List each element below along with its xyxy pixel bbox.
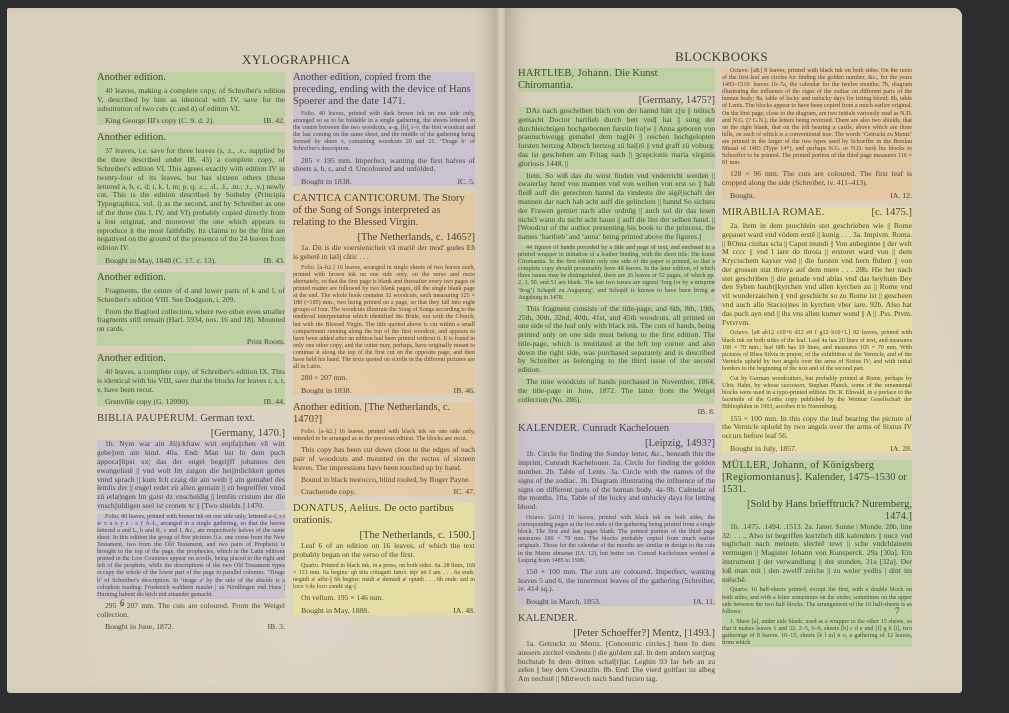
entry-note: Folio. 40 leaves, printed with brown ink… [97,514,285,599]
pressmark: IB. 43. [264,256,285,265]
entry-text: 2a. Item in dem puechlein stet geschrieb… [722,222,912,328]
pressmark: IB. 46. [454,386,475,395]
running-head: BLOCKBOOKS [675,49,768,65]
entry-mirabilia-romae: MIRABILIA ROMAE.[c. 1475.] 2a. Item in d… [722,207,912,453]
entry-text: 1a. Dit is die voersienicheit vā mariē d… [293,244,475,262]
left-page: XYLOGRAPHICA Another edition. 40 leaves,… [7,8,499,693]
pressmark: IA. 11. [693,597,715,606]
pressmark: IB. 42. [264,116,285,125]
imprint: [Sold by Hans briefftruck? Nuremberg, 14… [722,499,912,523]
right-col-1: HARTLIEB, Johann. Die Kunst Chiromantia.… [518,68,715,691]
entry-text: 280 × 207 mm. [293,374,475,383]
entry-kalender-mentz-continued: Octavo. [a8.] 8 leaves, printed with bla… [722,68,912,200]
pressmark: IC. 5. [457,177,475,186]
pressmark: IA. 12. [890,191,912,200]
pressmark: IB. 44. [264,397,285,406]
pressmark: IC. 47. [454,487,475,496]
pressmark: IB. 8. [697,407,715,416]
imprint: [c. 1475.] [871,207,912,219]
pressmark: Print Room. [247,337,285,346]
right-page: BLOCKBOOKS HARTLIEB, Johann. Die Kunst C… [505,8,962,693]
entry-another-edition-3: Another edition. Fragments, the centre o… [97,272,285,346]
entry-text: The nine woodcuts of hands purchased in … [518,378,715,404]
entry-note: Folio. [a–h2.] 16 leaves, printed with b… [293,429,475,443]
entry-heading: MIRABILIA ROMAE. [722,207,825,219]
entry-note: Octavo. [a10.] 10 leaves, printed with b… [518,515,715,565]
entry-text: Item. So wiß das du wirst finden vnd vnd… [518,172,715,242]
entry-note: 44 figures of hands preceded by a title … [518,245,715,302]
entry-note: Cut by German woodcutters, but probably … [722,376,912,411]
entry-text: Leaf 6 of an edition on 16 leaves, of wh… [293,542,475,560]
copy-note: Bought in May, 1888. [301,606,369,615]
entry-heading: DONATUS, Aelius. [293,503,382,514]
page-number: 6 [120,598,125,608]
copy-note: Cracherode copy. [301,487,355,496]
entry-text: 1b. .1475. .1494. .1513. 2a. Janer. Sunn… [722,523,912,585]
entry-note: Folio. [a–h2.] 16 leaves, arranged in si… [293,265,475,371]
entry-heading: Another edition. [293,402,362,413]
entry-heading: KALENDER. [518,423,580,434]
entry-hartlieb: HARTLIEB, Johann. Die Kunst Chiromantia.… [518,68,715,416]
entry-muller-kalender: MÜLLER, Johann, of Königsberg [Regiomont… [722,460,912,647]
entry-note: 1. Sheet [a], under side blank; used as … [722,619,912,647]
entry-subtitle: German text. [200,413,255,424]
entry-text: From the Bagford collection, where two o… [97,308,285,334]
entry-subtitle: Cunradt Kachelouen [583,423,670,434]
copy-note: Bought in July, 1857. [730,444,797,453]
entry-text: 40 leaves, a complete copy, of Schreiber… [97,368,285,394]
entry-text: 37 leaves, i.e. save for three leaves (s… [97,147,285,253]
entry-note: Octavo. [a8 ab12 c10+6 d12 e8 f g12 h10+… [722,330,912,373]
entry-text: 128 × 96 mm. The cuts are coloured. The … [722,170,912,188]
entry-biblia-pauperum: BIBLIA PAUPERUM. German text. [Germany, … [97,413,285,631]
running-head: XYLOGRAPHICA [242,52,351,68]
entry-note: Folio. 40 leaves, printed with dark brow… [293,111,475,154]
entry-heading: CANTICA CANTICORUM. [293,193,421,204]
entry-note: Octavo. [a8.] 8 leaves, printed with bla… [722,68,912,167]
entry-text: This fragment consists of the title-page… [518,305,715,375]
entry-text: 1b. Nym war ain Jü||ckfraw wirt enpfa||c… [97,440,285,510]
entry-another-edition-4: Another edition. 40 leaves, a complete c… [97,353,285,406]
left-col-2: Another edition, copied from the precedi… [293,72,475,622]
right-col-2: Octavo. [a8.] 8 leaves, printed with bla… [722,68,912,654]
entry-text: 150 × 100 mm. The cuts are coloured. Imp… [518,568,715,594]
entry-spoerer-edition: Another edition, copied from the precedi… [293,72,475,186]
copy-note: Bought in March, 1853. [526,597,601,606]
copy-note: Bought in 1838. [301,386,351,395]
entry-heading: Another edition. [97,353,285,365]
entry-text: This copy has been cut down close to the… [293,446,475,472]
copy-note: Grenville copy (G. 12090). [105,397,190,406]
entry-donatus: DONATUS, Aelius. De octo partibus oratio… [293,503,475,615]
left-col-1: Another edition. 40 leaves, making a com… [97,72,285,638]
copy-note: Bought in 1838. [301,177,351,186]
pressmark: IB. 3. [267,622,285,631]
open-book: XYLOGRAPHICA Another edition. 40 leaves,… [7,8,962,705]
entry-heading: Another edition. [97,272,285,284]
entry-another-edition-1: Another edition. 40 leaves, making a com… [97,72,285,125]
entry-cantica-canticorum: CANTICA CANTICORUM. The Story of the Son… [293,193,475,395]
pressmark: IA. 48. [453,606,475,615]
entry-kalender-mentz: KALENDER. [Peter Schoeffer?] Mentz, [149… [518,613,715,684]
entry-text: On vellum. 195 × 146 mm. [293,594,475,603]
entry-text: 155 × 100 mm. In this copy the leaf bear… [722,415,912,441]
entry-note: Quarto. Printed in black ink, in a press… [293,563,475,591]
entry-text: 40 leaves, making a complete copy, of Sc… [97,87,285,113]
copy-note: Bought in May, 1848 (C. 17. c. 13). [105,256,216,265]
entry-heading: Another edition, copied from the precedi… [293,72,475,108]
entry-heading: Another edition. [97,132,285,144]
copy-note: Bought. [730,191,755,200]
entry-text: Bound in black morocco, blind tooled, by… [293,476,475,485]
copy-note: Bought in June, 1872. [105,622,174,631]
entry-text: 285 × 195 mm. Imperfect, wanting the fir… [293,157,475,175]
entry-text: 1b. Circle for finding the Sunday letter… [518,450,715,512]
entry-text: DAs nach geschriben büch von der hannd h… [518,107,715,169]
entry-heading: HARTLIEB, Johann. [518,68,612,79]
entry-text: Fragments, the centre of d and lower par… [97,287,285,305]
entry-text: 295 × 207 mm. The cuts are coloured. Fro… [97,602,285,620]
entry-heading: Another edition. [97,72,285,84]
page-number: 7 [895,606,900,616]
entry-cantica-another-edition: Another edition. [The Netherlands, c. 14… [293,402,475,496]
entry-text: 1a. Getruckt zu Mentz. [Concentric circl… [518,640,715,684]
entry-kalender-leipzig: KALENDER. Cunradt Kachelouen [Leipzig, 1… [518,423,715,606]
entry-heading: BIBLIA PAUPERUM. [97,413,198,424]
pressmark: IA. 28. [890,444,912,453]
copy-note: King George III's copy (C. 9. d. 2). [105,116,214,125]
entry-heading: KALENDER. [518,613,715,625]
entry-note: Quarto. 16 half-sheets printed, except t… [722,587,912,615]
entry-another-edition-2: Another edition. 37 leaves, i.e. save fo… [97,132,285,265]
